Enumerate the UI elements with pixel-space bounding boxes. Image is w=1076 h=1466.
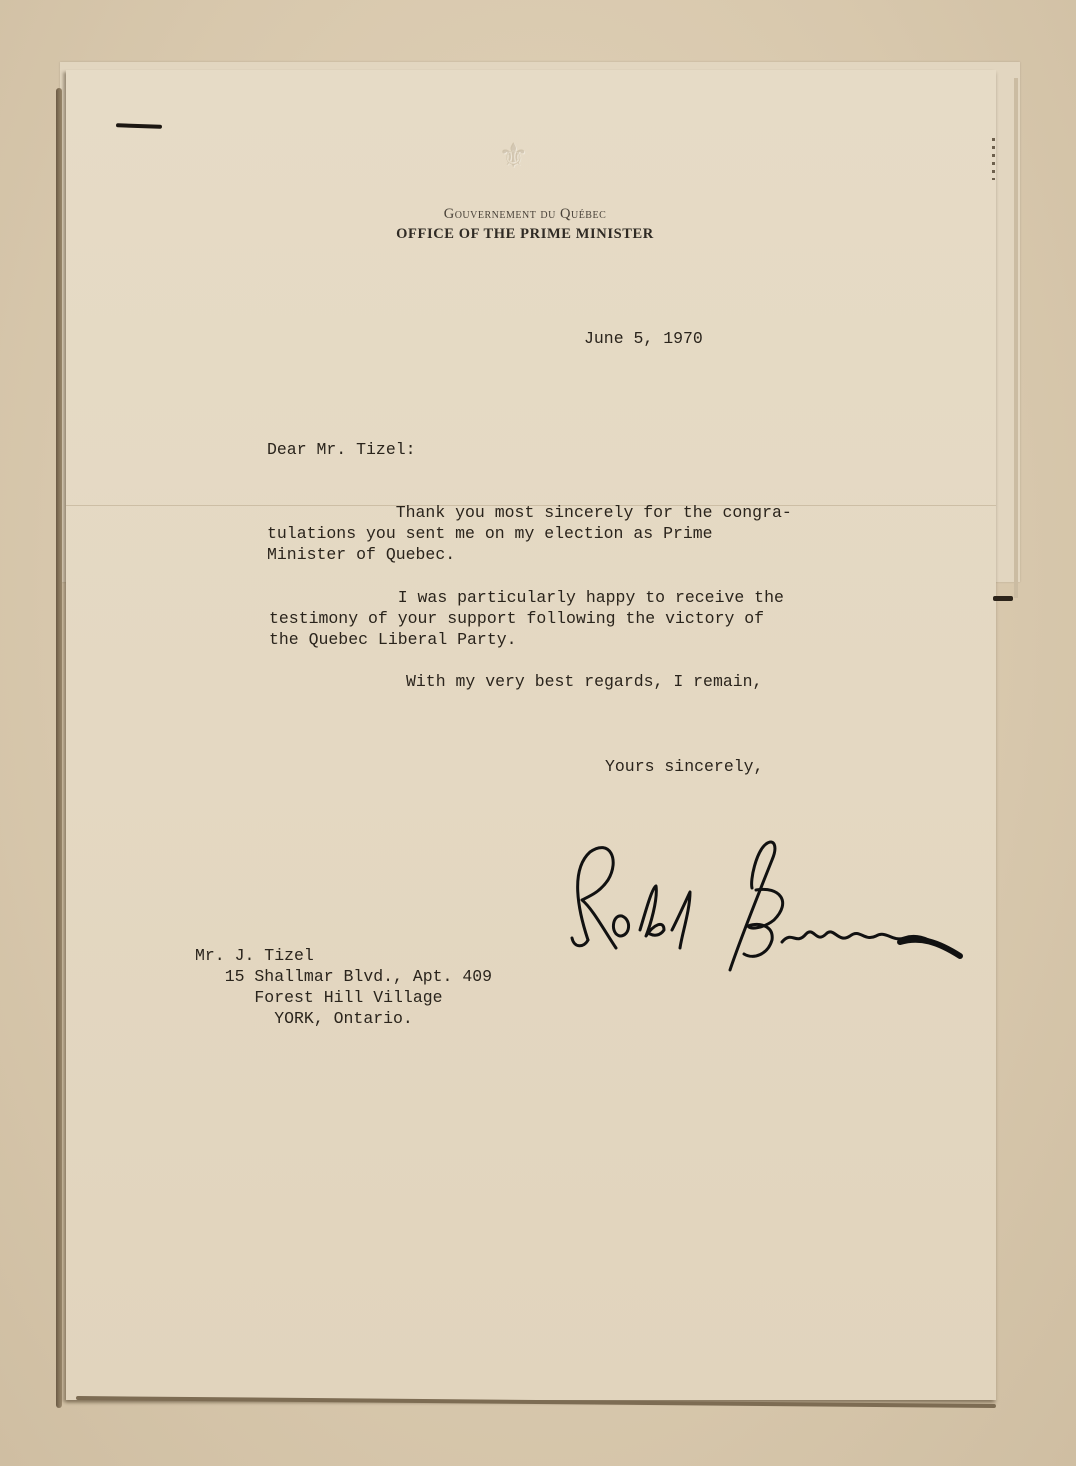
letterhead-government: Gouvernement du Québec [360,204,690,224]
signature [560,830,980,990]
body-paragraph-1: Thank you most sincerely for the congra-… [267,502,792,565]
perforation-marks [992,138,995,180]
body-paragraph-2: I was particularly happy to receive the … [269,587,784,650]
recipient-address: Mr. J. Tizel 15 Shallmar Blvd., Apt. 409… [195,945,492,1029]
fleur-de-lis-icon: ⚜ [498,136,528,176]
page-left-edge [56,88,62,1408]
letterhead: Gouvernement du Québec OFFICE OF THE PRI… [360,204,690,244]
letter-date: June 5, 1970 [584,328,703,349]
body-paragraph-3: With my very best regards, I remain, [406,671,762,692]
salutation: Dear Mr. Tizel: [267,439,416,460]
edge-mark [993,596,1013,601]
closing: Yours sincerely, [605,756,763,777]
back-sheet-edge [1014,78,1018,598]
letter-page [66,70,996,1400]
letterhead-office: OFFICE OF THE PRIME MINISTER [360,224,690,244]
